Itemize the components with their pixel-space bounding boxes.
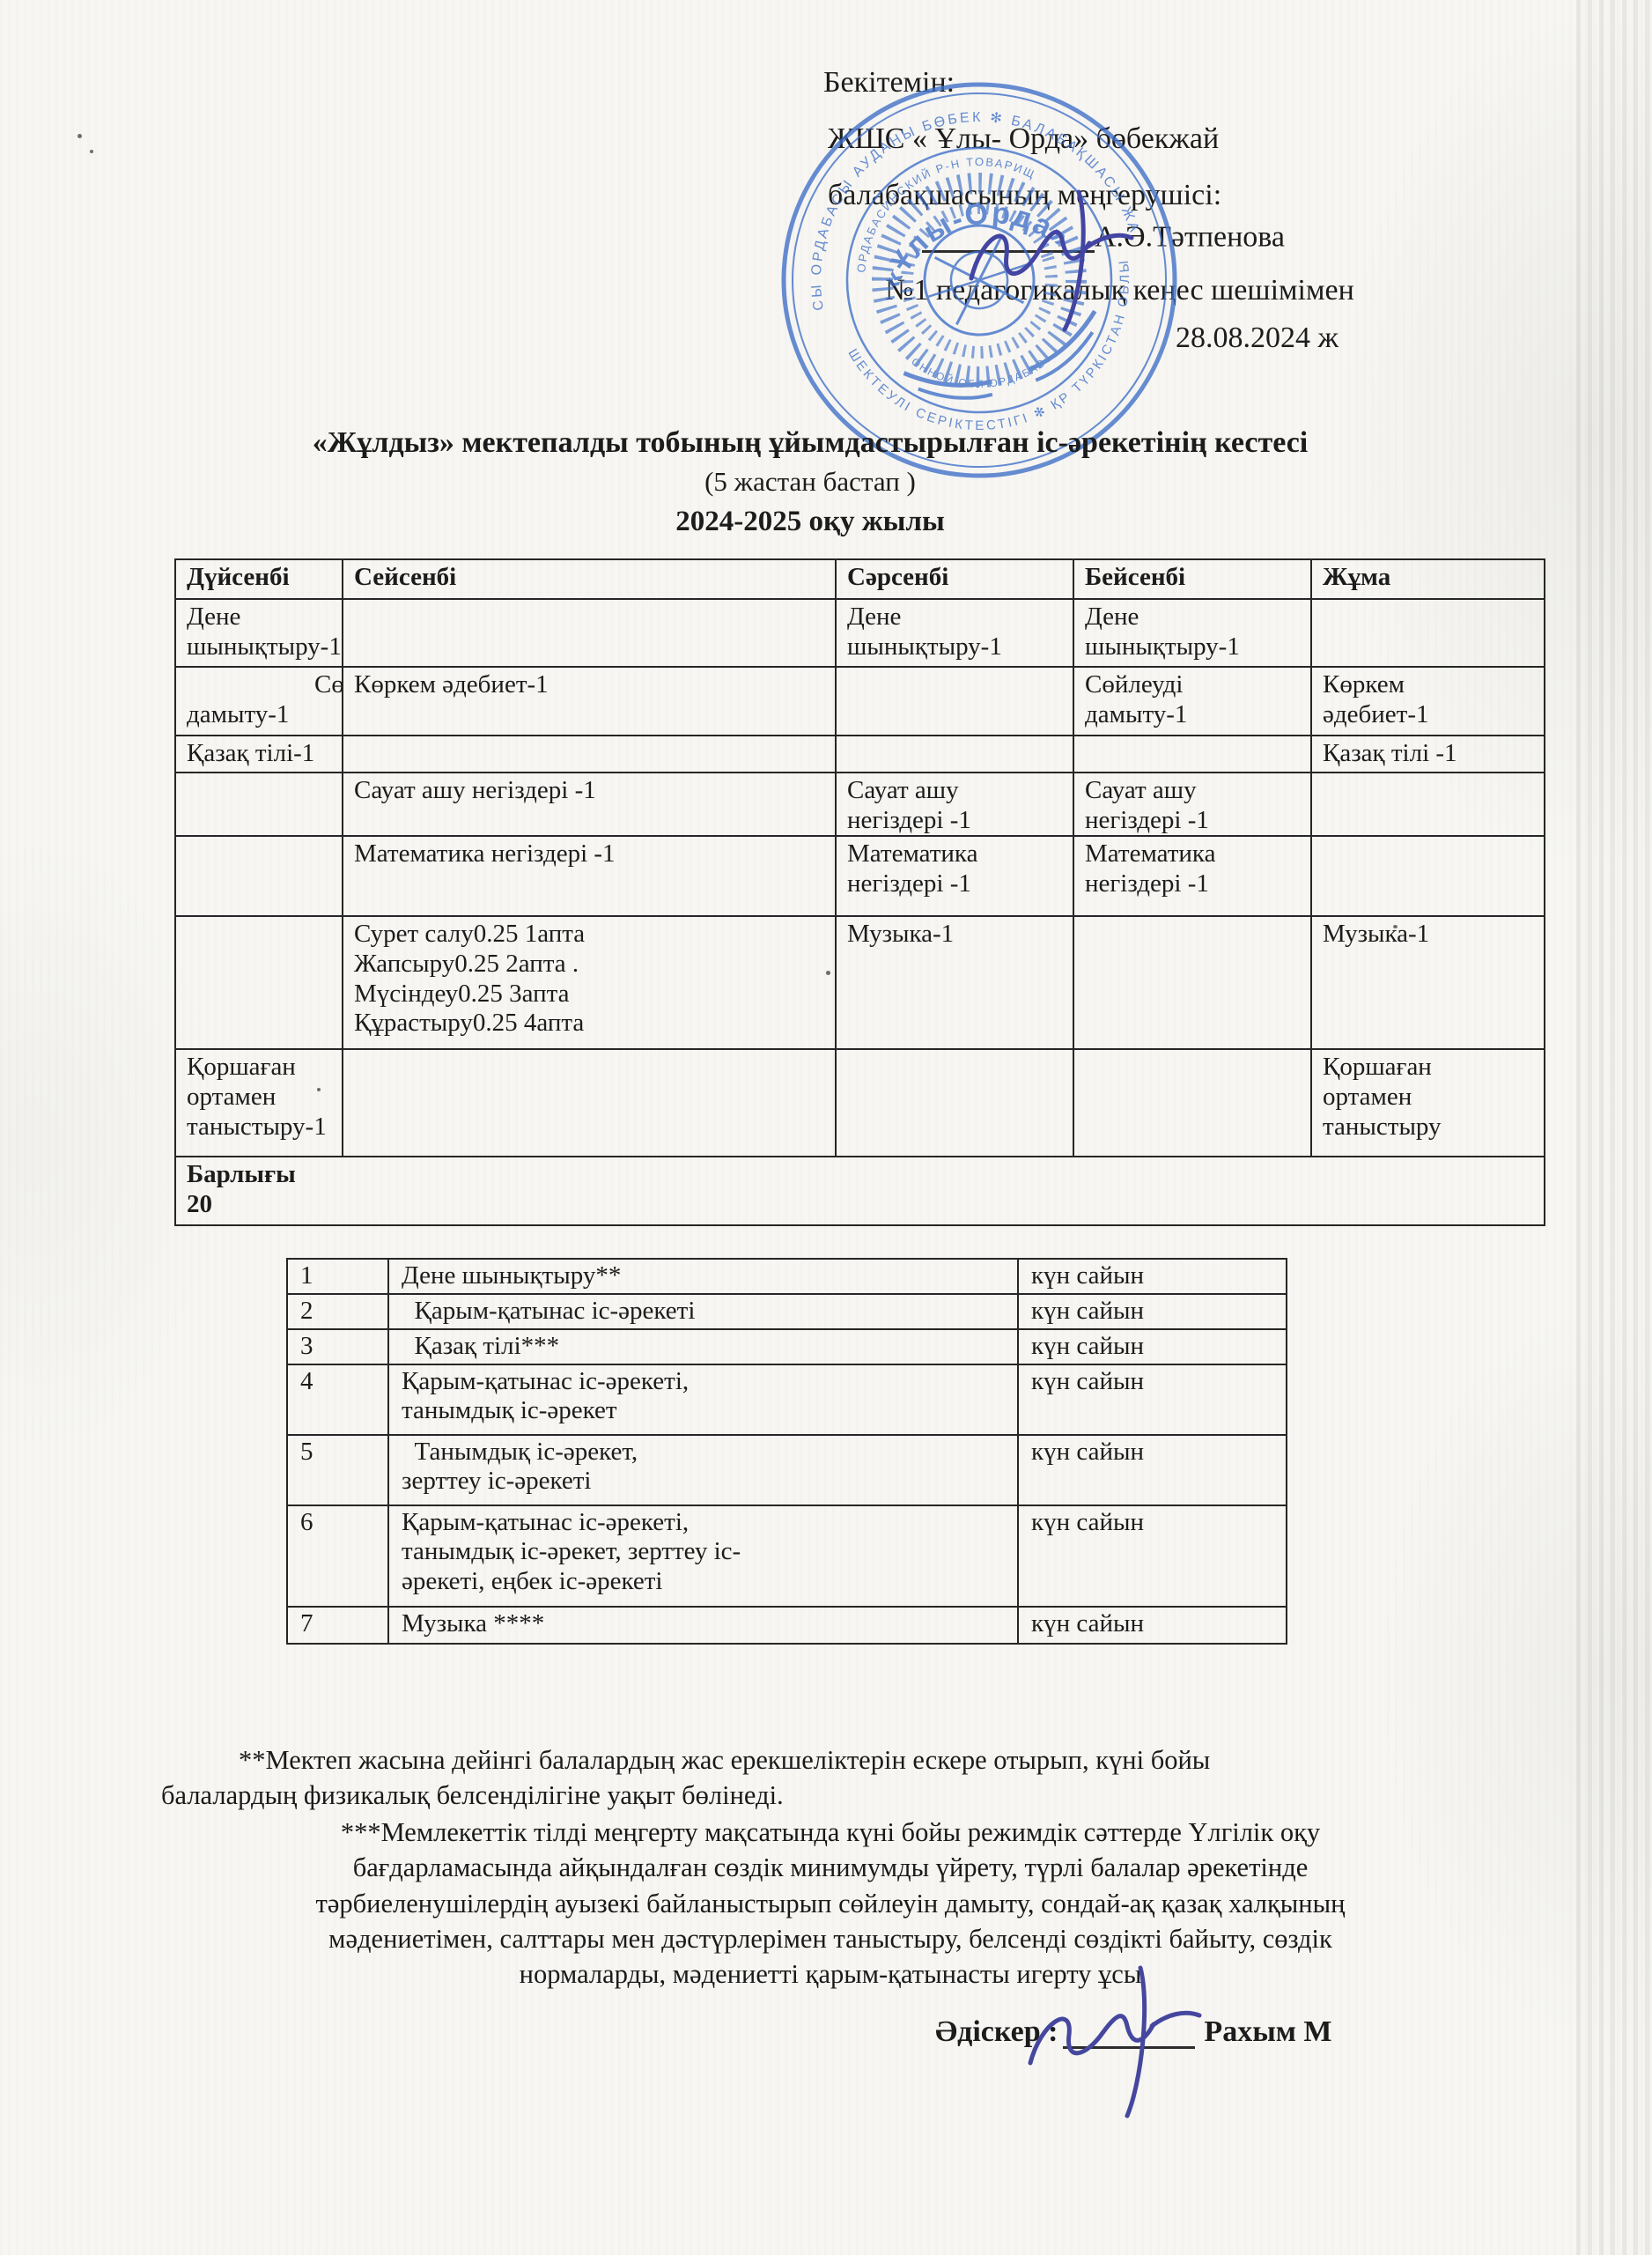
- schedule-cell: Математика негіздері -1: [343, 836, 836, 916]
- schedule-header-0: Дүйсенбі: [175, 559, 343, 599]
- schedule-cell: Сөйлеуді дамыту-1: [1073, 667, 1311, 736]
- activity-num-cell: 3: [287, 1329, 388, 1364]
- activity-name-cell: Қарым-қатынас іс-әрекеті: [388, 1294, 1018, 1329]
- activities-table: 1Дене шынықтыру**күн сайын2 Қарым-қатына…: [286, 1258, 1287, 1645]
- scan-speck: [77, 134, 82, 138]
- schedule-cell: Сауат ашу негіздері -1: [343, 773, 836, 836]
- activity-name-cell: Қазақ тілі***: [388, 1329, 1018, 1364]
- methodist-signature-icon: [1004, 1948, 1268, 2125]
- activity-num-cell: 1: [287, 1259, 388, 1294]
- page-subtitle-year: 2024-2025 оқу жылы: [88, 506, 1532, 538]
- activity-freq-cell: күн сайын: [1018, 1259, 1287, 1294]
- footnote-physical: **Мектеп жасына дейінгі балалардың жас е…: [161, 1742, 1500, 1814]
- approval-date: 28.08.2024 ж: [1176, 322, 1339, 354]
- schedule-total-cell: Барлығы 20: [175, 1157, 1545, 1225]
- schedule-cell: [343, 599, 836, 667]
- activity-num-cell: 6: [287, 1505, 388, 1607]
- schedule-cell: Қоршаған ортамен таныстыру: [1311, 1049, 1545, 1157]
- schedule-cell: Математика негіздері -1: [836, 836, 1073, 916]
- schedule-cell: [1311, 599, 1545, 667]
- schedule-cell: Қоршаған ортамен таныстыру-1: [175, 1049, 343, 1157]
- document-title-block: «Жұлдыз» мектепалды тобының ұйымдастырыл…: [88, 426, 1532, 538]
- schedule-header-4: Жұма: [1311, 559, 1545, 599]
- activity-name-cell: Қарым-қатынас іс-әрекеті, танымдық іс-әр…: [388, 1364, 1018, 1435]
- schedule-cell: [836, 1049, 1073, 1157]
- schedule-cell: Сауат ашу негіздері -1: [836, 773, 1073, 836]
- schedule-cell: [175, 836, 343, 916]
- activity-freq-cell: күн сайын: [1018, 1329, 1287, 1364]
- schedule-cell: [836, 667, 1073, 736]
- schedule-cell: [1311, 836, 1545, 916]
- schedule-cell: [175, 916, 343, 1049]
- schedule-cell: Қазақ тілі -1: [1311, 736, 1545, 773]
- schedule-cell: [343, 1049, 836, 1157]
- schedule-cell: [1073, 916, 1311, 1049]
- schedule-header-2: Сәрсенбі: [836, 559, 1073, 599]
- schedule-cell: Математика негіздері -1: [1073, 836, 1311, 916]
- schedule-cell: Көркем әдебиет-1: [343, 667, 836, 736]
- schedule-cell: [1073, 1049, 1311, 1157]
- schedule-cell: Дене шынықтыру-1: [175, 599, 343, 667]
- activity-name-cell: Музыка ****: [388, 1607, 1018, 1644]
- footnote-language: ***Мемлекеттік тілді меңгерту мақсатында…: [161, 1815, 1500, 1992]
- schedule-cell: Сөйлеуді дамыту-1: [175, 667, 343, 736]
- schedule-cell: [836, 736, 1073, 773]
- schedule-cell: Дене шынықтыру-1: [1073, 599, 1311, 667]
- schedule-cell: [343, 736, 836, 773]
- director-signature-icon: [947, 174, 1193, 342]
- activity-num-cell: 4: [287, 1364, 388, 1435]
- activity-num-cell: 2: [287, 1294, 388, 1329]
- activity-freq-cell: күн сайын: [1018, 1294, 1287, 1329]
- scan-speck: [90, 150, 93, 153]
- schedule-table: ДүйсенбіСейсенбіСәрсенбіБейсенбіЖұмаДене…: [174, 558, 1545, 1226]
- schedule-cell: Сурет салу0.25 1апта Жапсыру0.25 2апта .…: [343, 916, 836, 1049]
- activity-freq-cell: күн сайын: [1018, 1435, 1287, 1505]
- activity-name-cell: Танымдық іс-әрекет, зерттеу іс-әрекеті: [388, 1435, 1018, 1505]
- schedule-cell: Музыка-1: [836, 916, 1073, 1049]
- schedule-header-3: Бейсенбі: [1073, 559, 1311, 599]
- scanned-document-page: Бекітемін: ЖШС « Ұлы- Орда» бөбекжай бал…: [0, 0, 1652, 2255]
- page-subtitle-age: (5 жастан бастап ): [88, 466, 1532, 498]
- activity-name-cell: Қарым-қатынас іс-әрекеті, танымдық іс-әр…: [388, 1505, 1018, 1607]
- schedule-cell: Дене шынықтыру-1: [836, 599, 1073, 667]
- schedule-cell: Сауат ашу негіздері -1: [1073, 773, 1311, 836]
- schedule-cell: Көркем әдебиет-1: [1311, 667, 1545, 736]
- schedule-cell: [1073, 736, 1311, 773]
- page-title: «Жұлдыз» мектепалды тобының ұйымдастырыл…: [88, 426, 1532, 460]
- activity-name-cell: Дене шынықтыру**: [388, 1259, 1018, 1294]
- activity-num-cell: 7: [287, 1607, 388, 1644]
- schedule-header-1: Сейсенбі: [343, 559, 836, 599]
- scan-artifact: [1576, 0, 1652, 2255]
- schedule-cell: Музыка-1: [1311, 916, 1545, 1049]
- activity-freq-cell: күн сайын: [1018, 1364, 1287, 1435]
- activity-freq-cell: күн сайын: [1018, 1505, 1287, 1607]
- schedule-cell: [1311, 773, 1545, 836]
- schedule-cell: Қазақ тілі-1: [175, 736, 343, 773]
- schedule-cell: [175, 773, 343, 836]
- activity-freq-cell: күн сайын: [1018, 1607, 1287, 1644]
- activity-num-cell: 5: [287, 1435, 388, 1505]
